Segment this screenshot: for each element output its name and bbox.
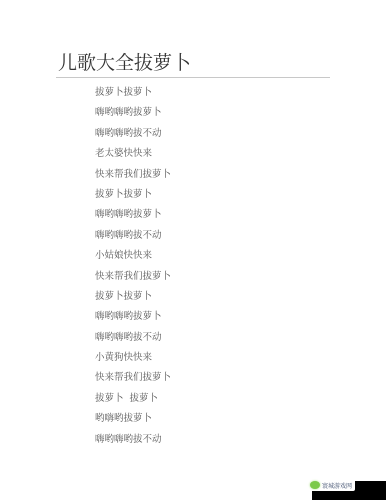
lyric-line: 快来帮我们拔萝卜	[95, 270, 171, 290]
watermark-badge: 寰城游戏网	[308, 479, 355, 491]
page-title: 儿歌大全拔萝卜	[58, 52, 191, 74]
watermark-text: 寰城游戏网	[322, 481, 352, 490]
title-divider	[56, 77, 330, 78]
lyric-line: 小黄狗快快来	[95, 351, 171, 371]
lyric-line: 拔萝卜拔萝卜	[95, 86, 171, 106]
lyric-line: 快来帮我们拔萝卜	[95, 371, 171, 391]
lyric-line: 嗨哟嗨哟拔不动	[95, 229, 171, 249]
lyric-line: 拔萝卜 拔萝卜	[95, 392, 171, 412]
leaf-logo-icon	[310, 481, 320, 489]
watermark-backdrop-bottom	[312, 491, 386, 500]
lyric-line: 快来帮我们拔萝卜	[95, 168, 171, 188]
lyric-line: 老太婆快快来	[95, 147, 171, 167]
lyric-line: 哟嗨哟拔萝卜	[95, 412, 171, 432]
lyric-line: 嗨哟嗨哟拔萝卜	[95, 106, 171, 126]
lyrics-list: 拔萝卜拔萝卜 嗨哟嗨哟拔萝卜 嗨哟嗨哟拔不动 老太婆快快来 快来帮我们拔萝卜 拔…	[95, 86, 171, 453]
lyric-line: 嗨哟嗨哟拔不动	[95, 331, 171, 351]
lyric-line: 拔萝卜拔萝卜	[95, 290, 171, 310]
lyric-line: 嗨哟嗨哟拔萝卜	[95, 310, 171, 330]
lyric-line: 小姑娘快快来	[95, 249, 171, 269]
lyric-line: 嗨哟嗨哟拔不动	[95, 433, 171, 453]
lyric-line: 拔萝卜拔萝卜	[95, 188, 171, 208]
watermark-backdrop	[350, 481, 386, 491]
lyric-line: 嗨哟嗨哟拔不动	[95, 127, 171, 147]
lyric-line: 嗨哟嗨哟拔萝卜	[95, 208, 171, 228]
